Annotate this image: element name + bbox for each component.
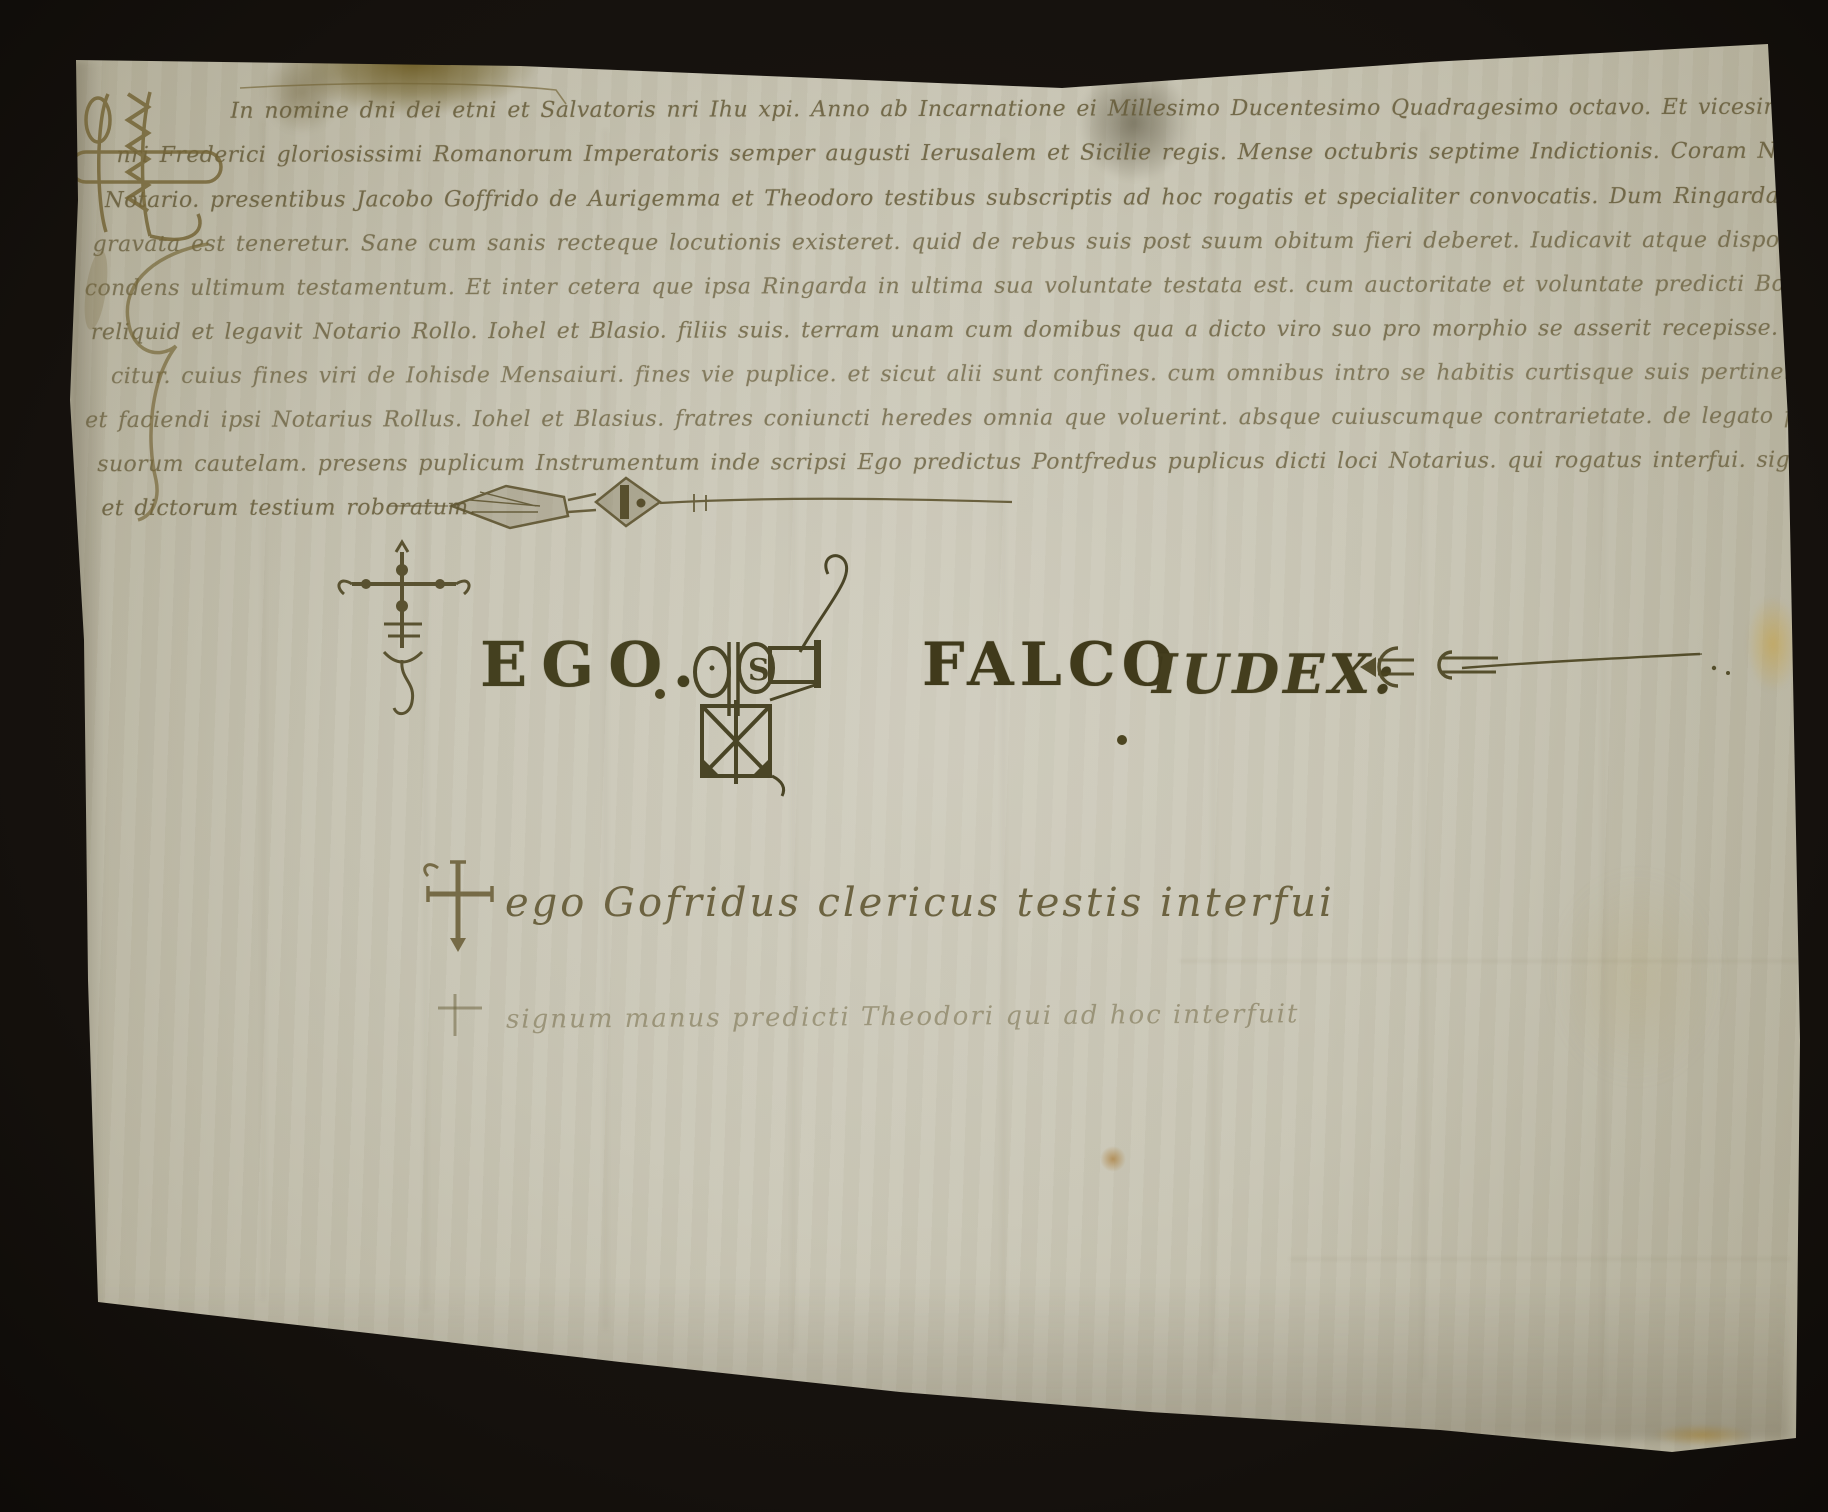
judge-cross-signum-icon xyxy=(339,542,469,714)
separator-dot xyxy=(1117,735,1127,745)
photo-background: In nomine dni dei etni et Salvatoris nri… xyxy=(0,0,1828,1512)
monogram-letter: S xyxy=(748,653,770,688)
decorated-initial-icon xyxy=(71,84,566,240)
pen-flourishes-overlay: S xyxy=(0,0,1828,1512)
second-witness-cross-icon xyxy=(438,994,482,1036)
parchment: In nomine dni dei etni et Salvatoris nri… xyxy=(0,0,1828,1512)
trailing-flourish-icon xyxy=(1360,648,1730,686)
notary-monogram-icon: S xyxy=(695,556,847,796)
separator-dot xyxy=(655,689,665,699)
witness-cross-icon xyxy=(425,862,492,952)
notarial-signum-icon xyxy=(388,478,1012,528)
margin-flourish-icon xyxy=(81,244,208,520)
